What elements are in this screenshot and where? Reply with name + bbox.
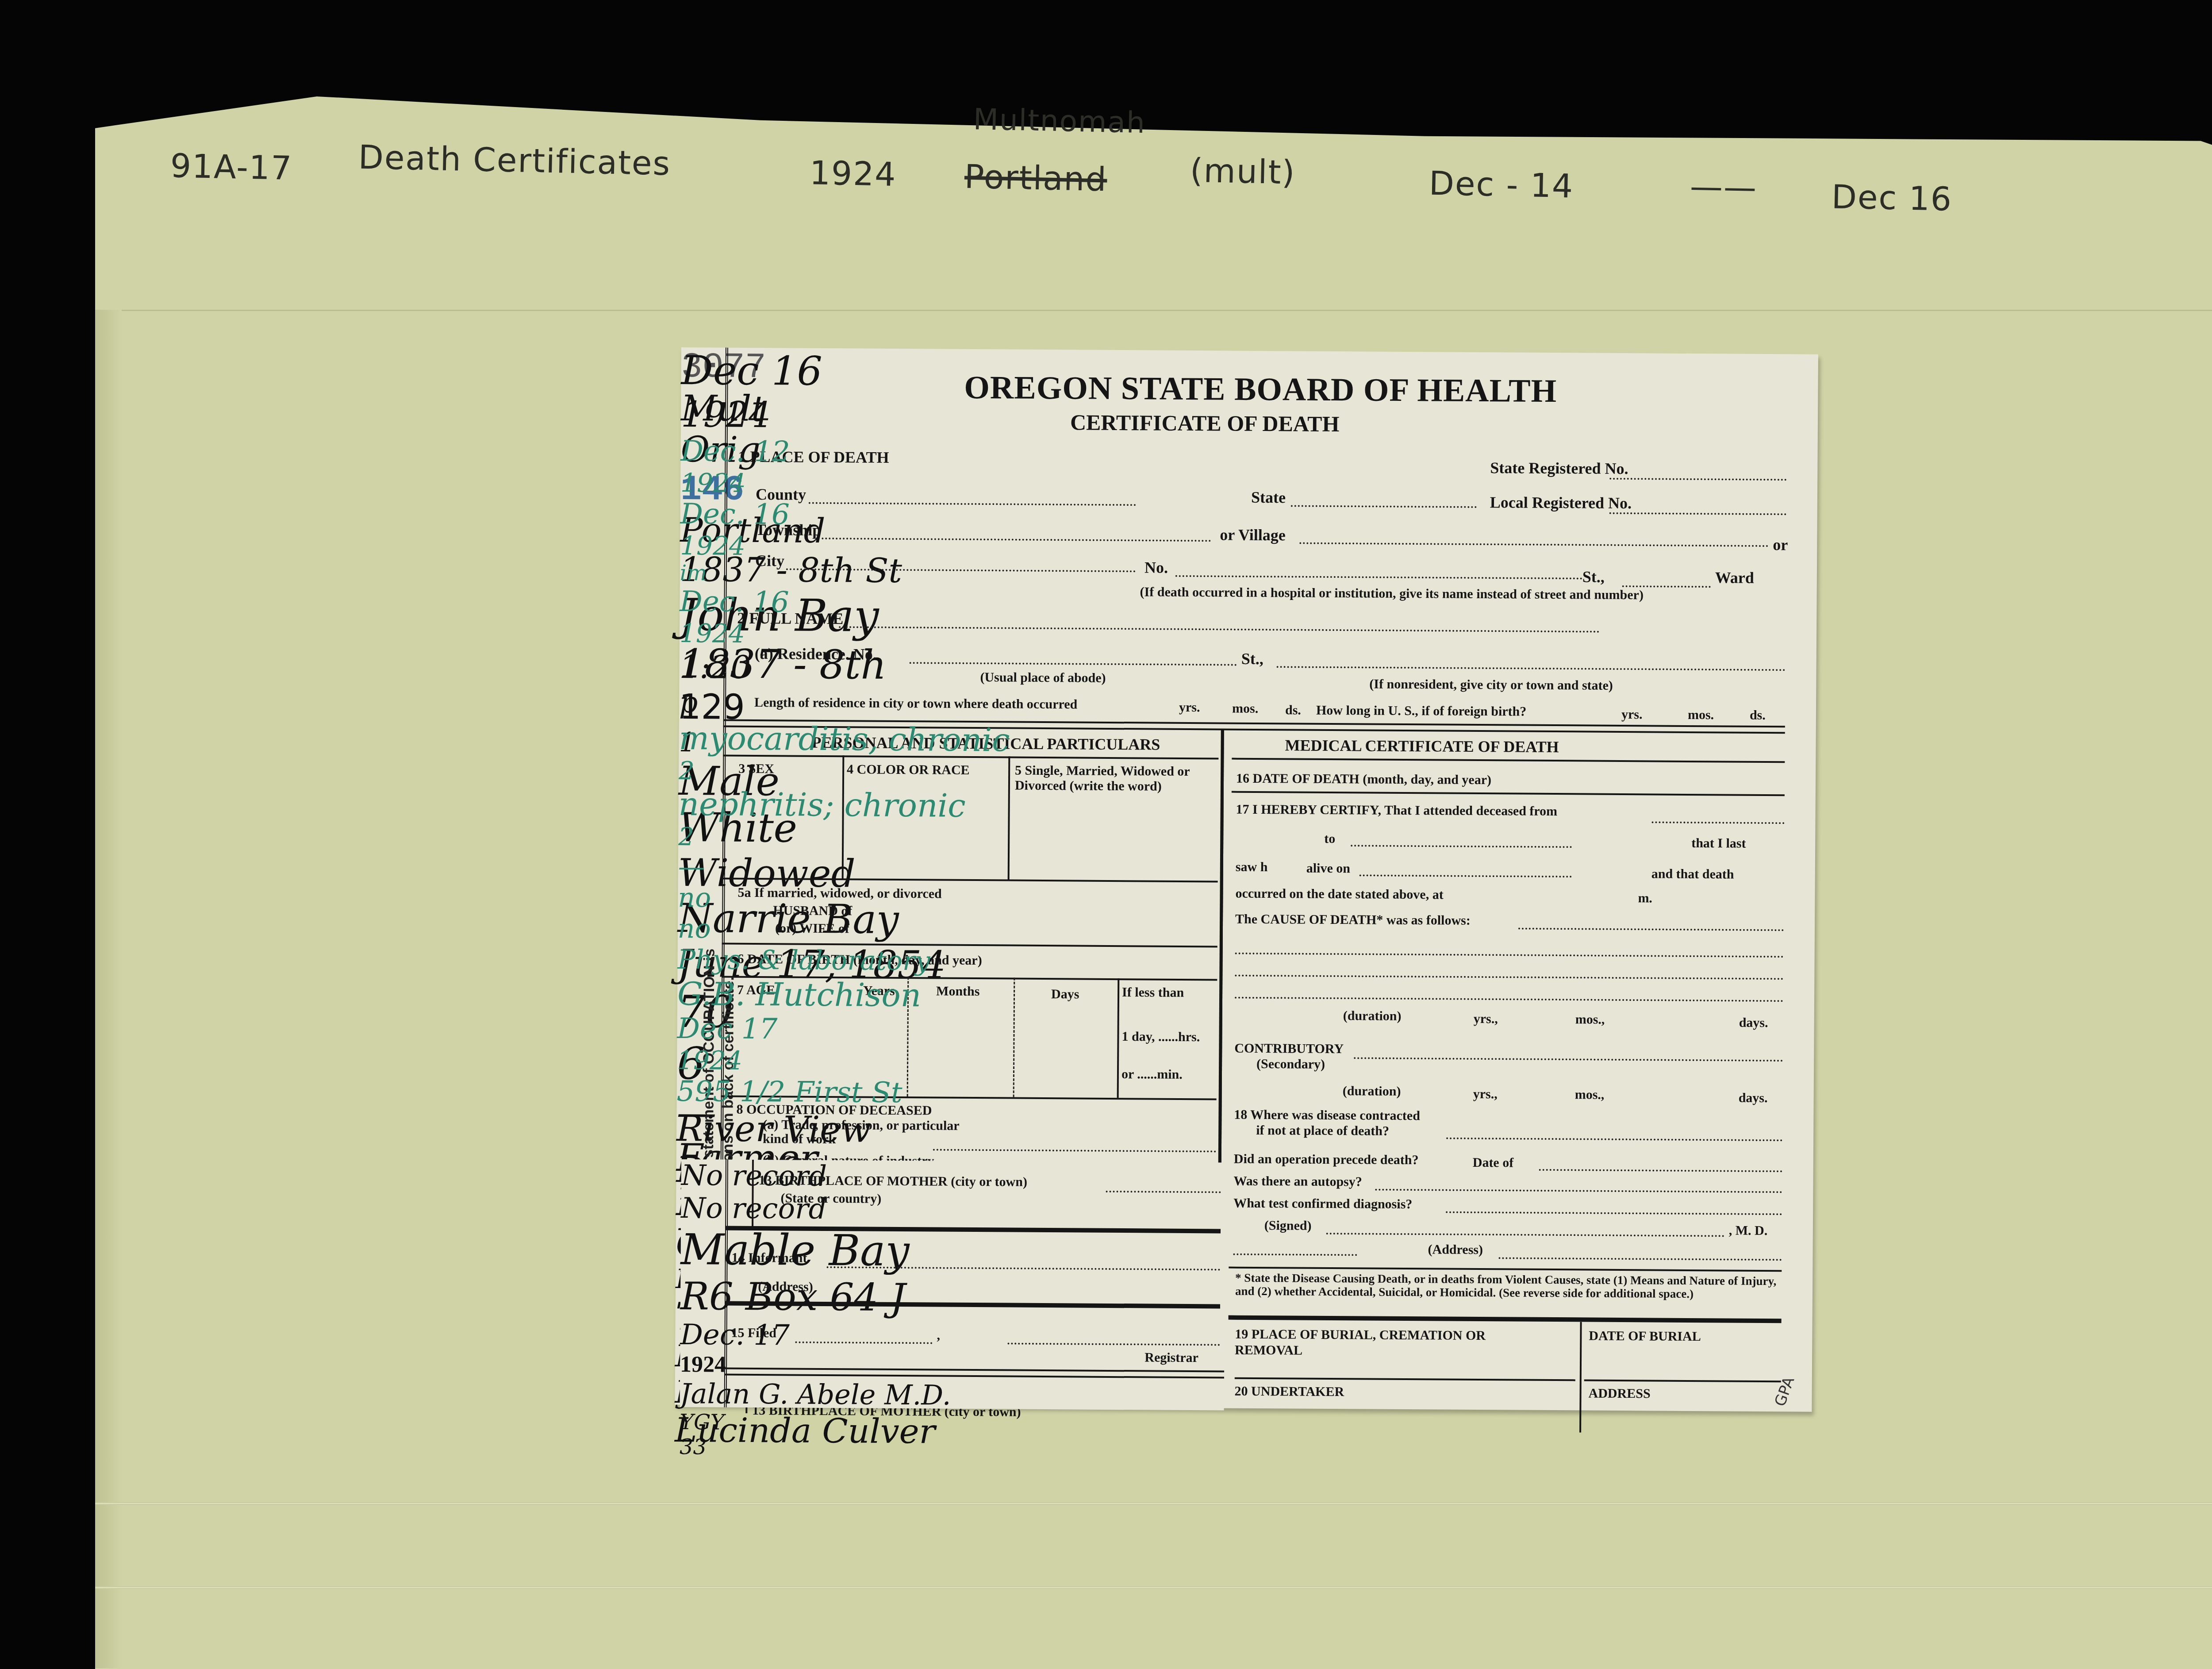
folder-date-start: Dec - 14: [1429, 165, 1574, 206]
folder-crease: [95, 1586, 2212, 1589]
folder-code: 91A-17: [170, 147, 293, 188]
registrar-label: Registrar: [1144, 1350, 1198, 1365]
folder-shadow: [95, 310, 122, 1668]
folder-county-inserted: Multnomah: [973, 102, 1146, 140]
filed-year-prefix: ,: [937, 1328, 940, 1343]
mother-birthplace-sub: (State or country): [780, 1191, 881, 1206]
folder-date-end: Dec 16: [1831, 178, 1953, 219]
informant-address-label: (Address): [758, 1279, 813, 1295]
bottom-mark: 33: [680, 1434, 1224, 1463]
filed-label: 15 Filed: [731, 1326, 776, 1341]
date-range-dash: ——: [1690, 167, 1758, 207]
informant-block: 13 BIRTHPLACE OF MOTHER (city or town) (…: [680, 1159, 1225, 1411]
informant-label: 14 Informant: [732, 1250, 807, 1266]
registrar-signature: Jalan G. Abele M.D.: [680, 1377, 1224, 1413]
folder-county-struck: Portland: [964, 158, 1107, 199]
folder-title: Death Certificates: [358, 138, 671, 183]
mother-birthplace-state: No record: [681, 1192, 1225, 1228]
folder-county-abbrev: (mult): [1190, 152, 1296, 192]
mother-birthplace-label: 13 BIRTHPLACE OF MOTHER (city or town): [759, 1173, 1027, 1190]
folder-flap-fold: [95, 310, 2212, 311]
folder-crease: [95, 1502, 2212, 1505]
registrar-initials: YGY: [680, 1410, 1224, 1438]
folder-year: 1924: [809, 154, 897, 194]
